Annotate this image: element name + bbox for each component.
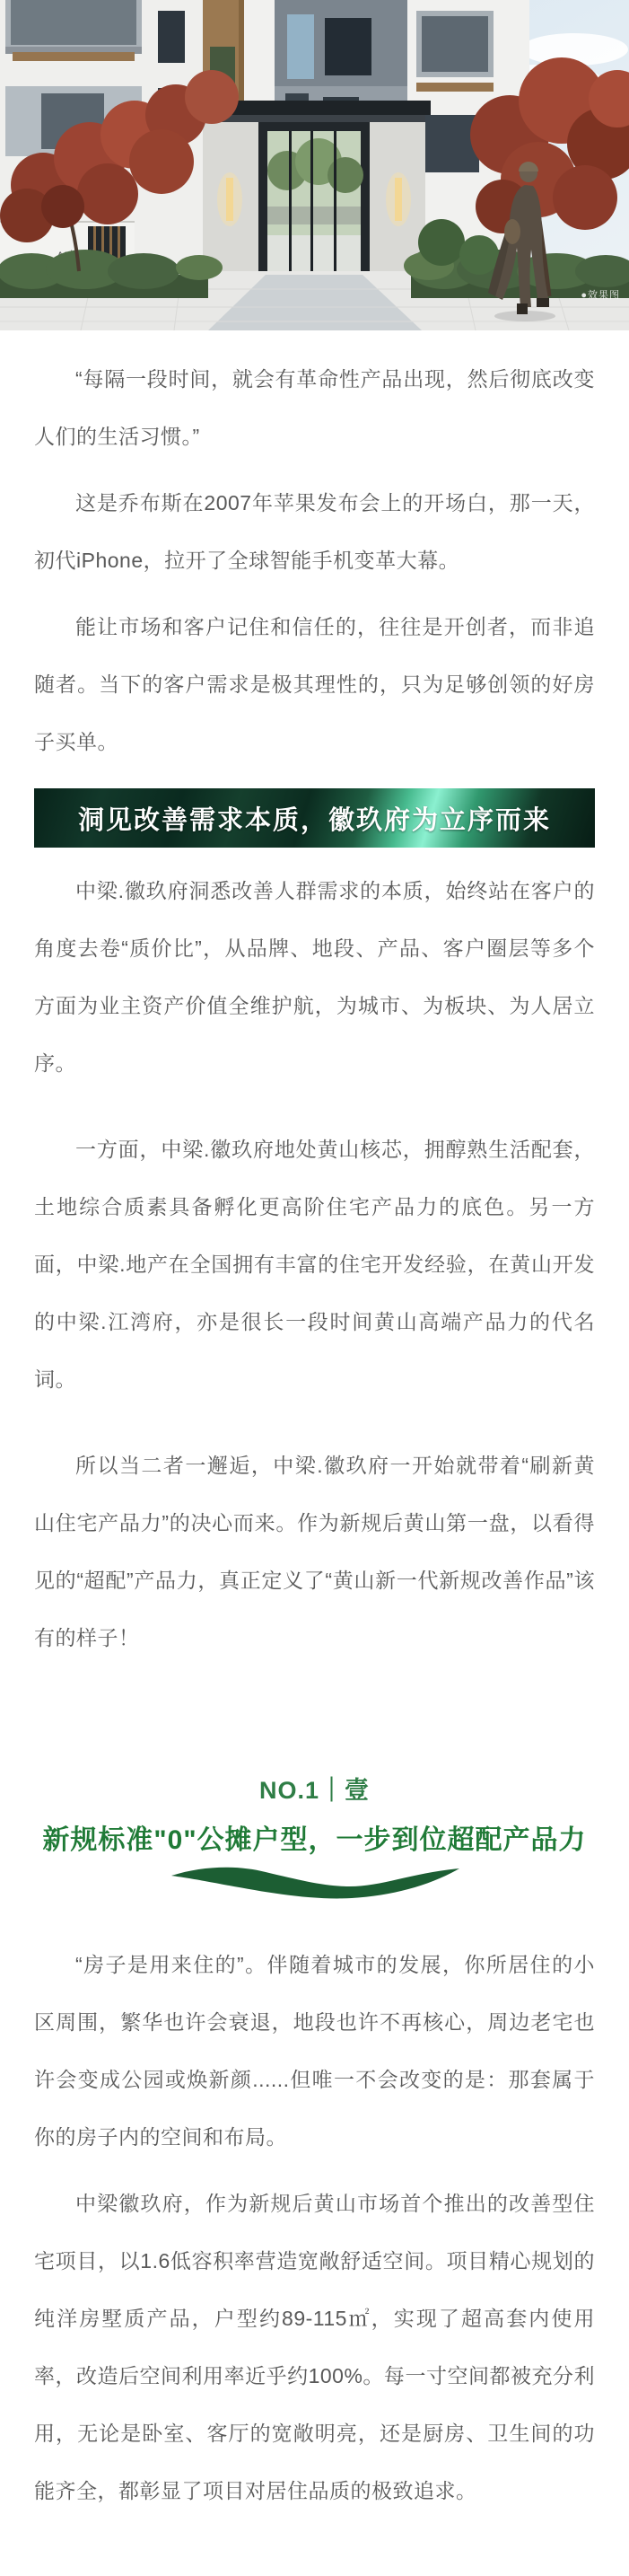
paragraph-quote: “每隔一段时间，就会有革命性产品出现，然后彻底改变人们的生活习惯。” xyxy=(34,350,595,465)
render-watermark: ●效果图 xyxy=(581,287,620,302)
paragraph: 一方面，中梁.徽玖府地处黄山核芯，拥醇熟生活配套，土地综合质素具备孵化更高阶住宅… xyxy=(34,1121,595,1408)
article-content: “每隔一段时间，就会有革命性产品出现，然后彻底改变人们的生活习惯。” 这是乔布斯… xyxy=(0,330,629,2519)
hero-rendering-scene: A3栋 xyxy=(0,0,629,330)
section-kicker: NO.1｜壹 xyxy=(34,1772,595,1808)
wave-decoration-icon xyxy=(167,1862,463,1900)
paragraph: “房子是用来住的”。伴随着城市的发展，你所居住的小区周围，繁华也许会衰退，地段也… xyxy=(34,1936,595,2166)
paragraph: 中梁.徽玖府洞悉改善人群需求的本质，始终站在客户的角度去卷“质价比”，从品牌、地… xyxy=(34,862,595,1092)
article-page: A3栋 xyxy=(0,0,629,2519)
entrance-portal xyxy=(197,101,431,275)
paragraph: 中梁徽玖府，作为新规后黄山市场首个推出的改善型住宅项目，以1.6低容积率营造宽敞… xyxy=(34,2175,595,2519)
wall-lamp-right xyxy=(386,172,411,226)
section-headline: 新规标准"0"公摊户型，一步到位超配产品力 xyxy=(34,1819,595,1862)
banner-text: 洞见改善需求本质，徽玖府为立序而来 xyxy=(78,800,551,837)
section-header: NO.1｜壹 新规标准"0"公摊户型，一步到位超配产品力 xyxy=(34,1772,595,1900)
section-banner: 洞见改善需求本质，徽玖府为立序而来 xyxy=(34,788,595,848)
paragraph: 这是乔布斯在2007年苹果发布会上的开场白，那一天，初代iPhone，拉开了全球… xyxy=(34,474,595,589)
wall-lamp-left xyxy=(217,172,242,226)
paragraph: 所以当二者一邂逅，中梁.徽玖府一开始就带着“刷新黄山住宅产品力”的决心而来。作为… xyxy=(34,1437,595,1666)
paragraph: 能让市场和客户记住和信任的，往往是开创者，而非追随者。当下的客户需求是极其理性的… xyxy=(34,598,595,770)
hero-image: A3栋 xyxy=(0,0,629,330)
